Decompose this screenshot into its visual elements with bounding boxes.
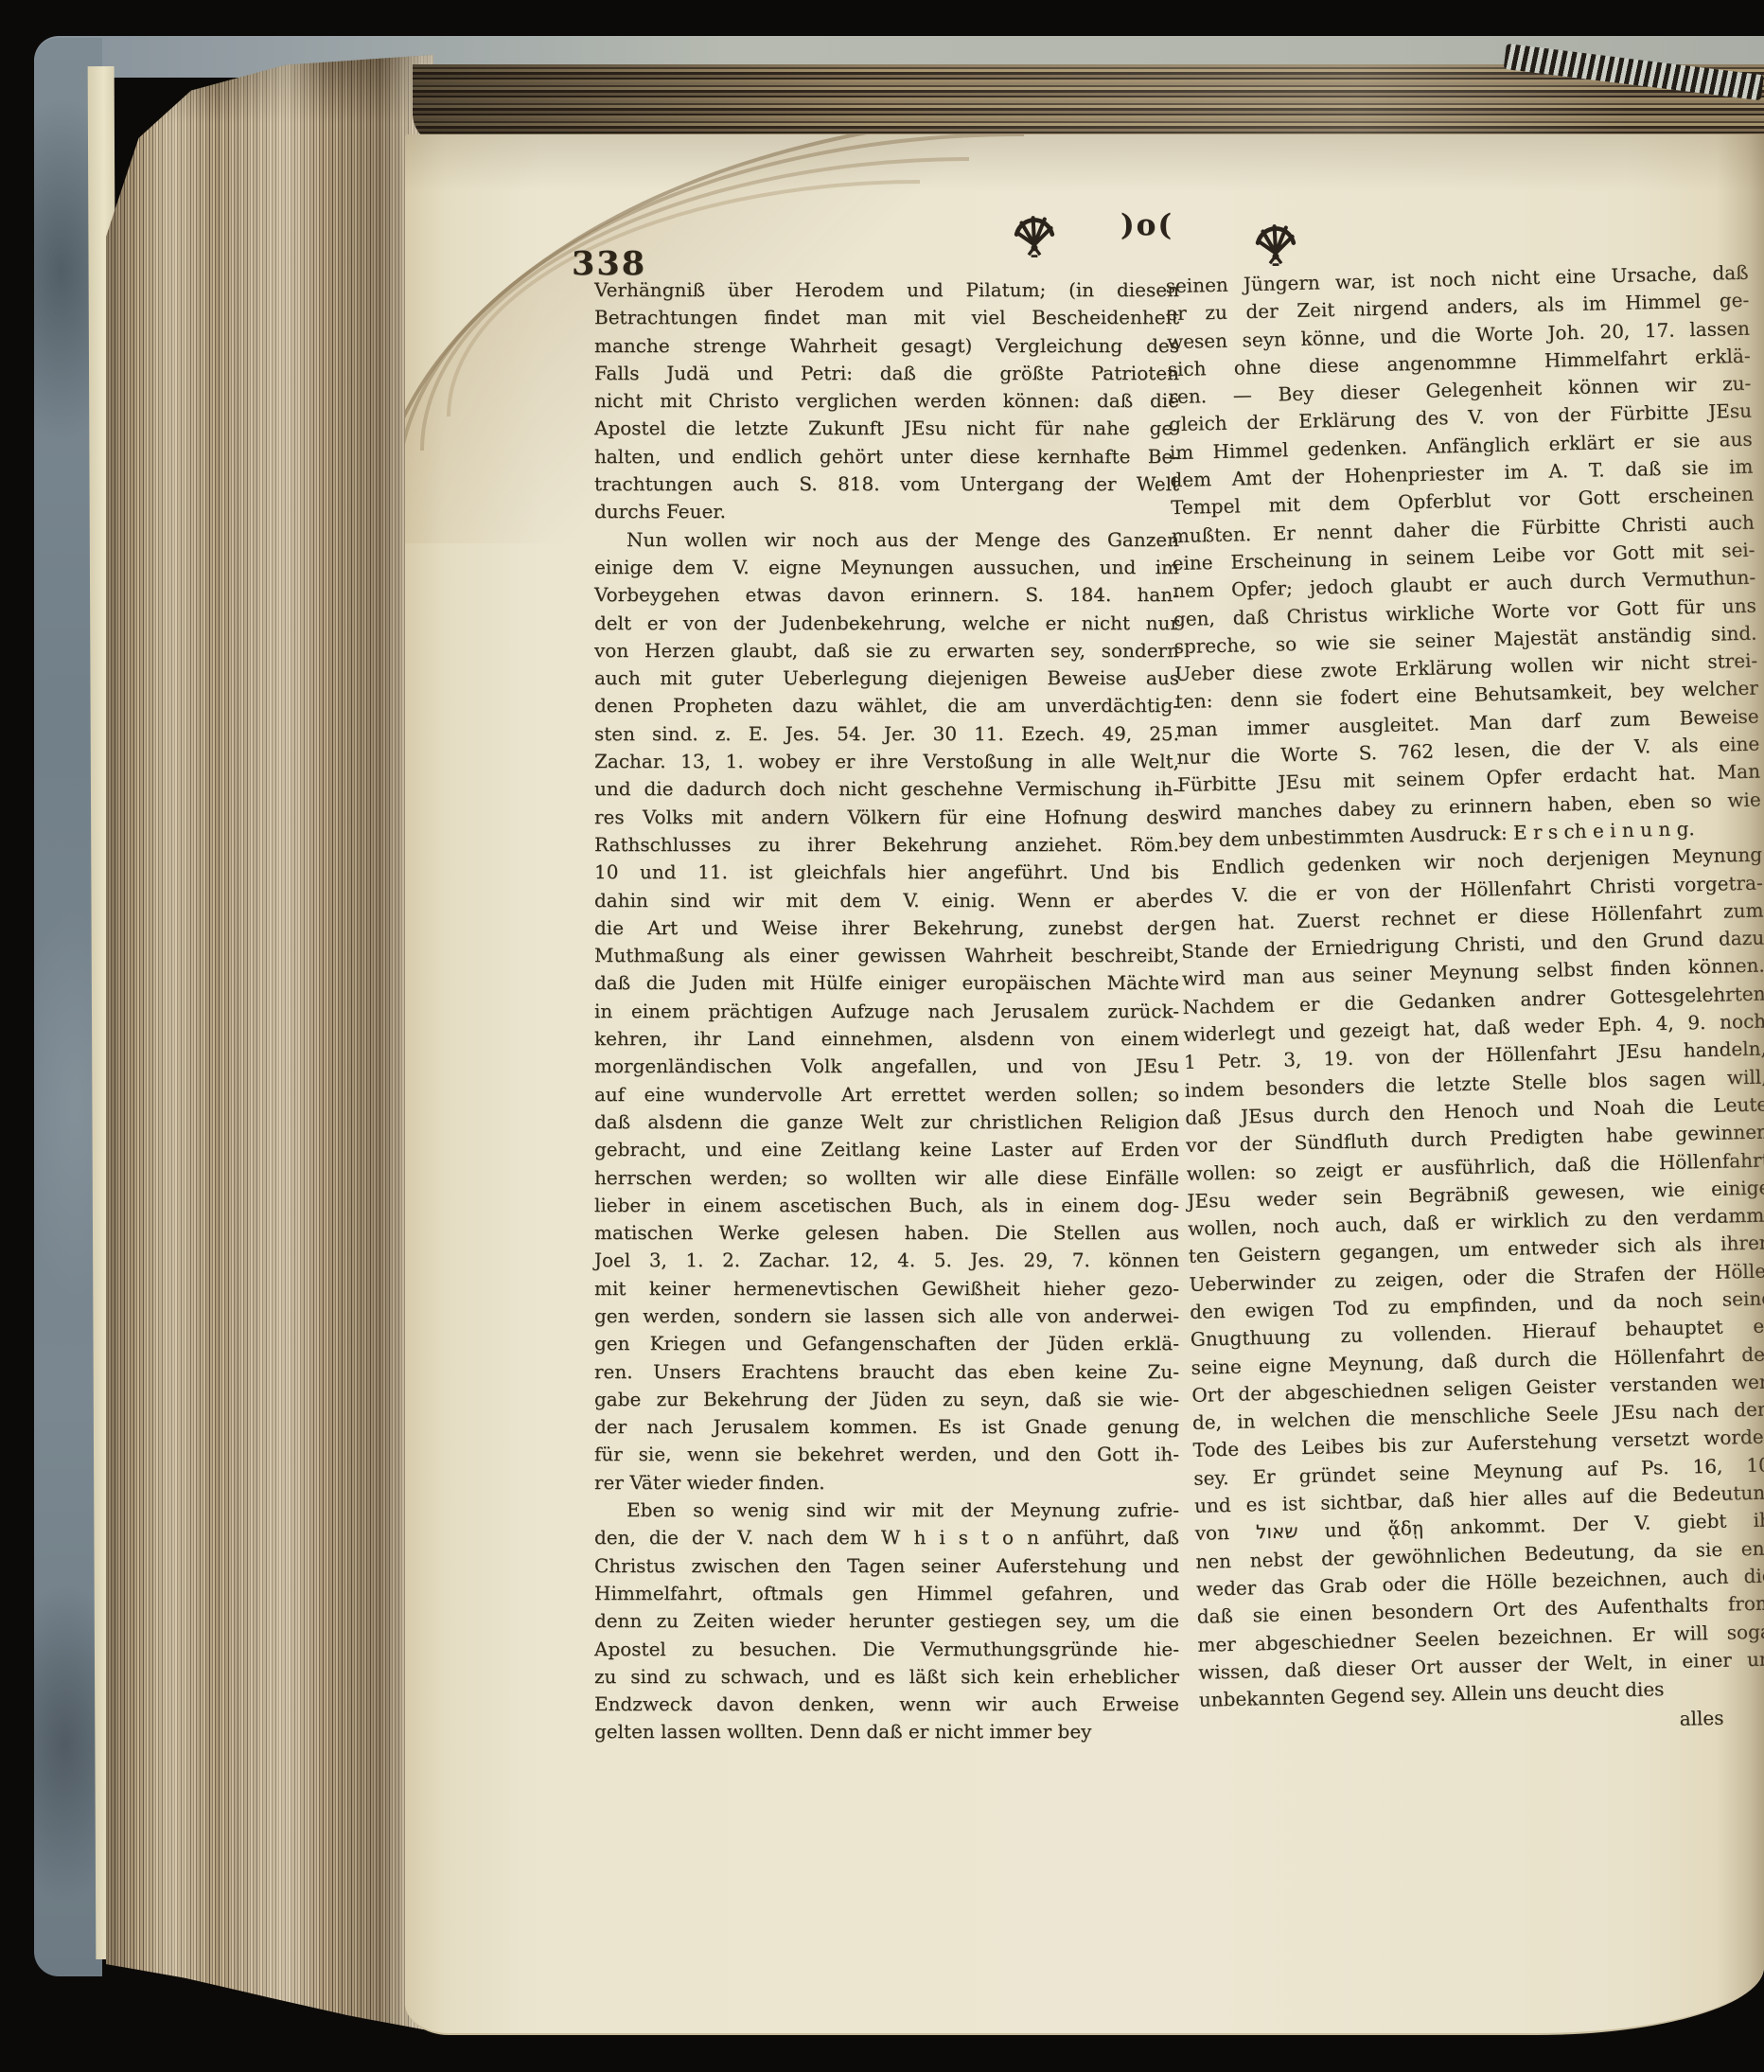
- text-line: morgenländischen Volk angefallen, und vo…: [594, 1053, 1179, 1080]
- text-line: Joel 3, 1. 2. Zachar. 12, 4. 5. Jes. 29,…: [594, 1247, 1179, 1274]
- text-line: in einem prächtigen Aufzuge nach Jerusal…: [594, 998, 1179, 1025]
- text-line: gen Kriegen und Gefangenschaften der Jüd…: [594, 1330, 1179, 1357]
- text-line: gen werden, sondern sie lassen sich alle…: [594, 1302, 1179, 1330]
- text-line: Himmelfahrt, oftmals gen Himmel gefahren…: [594, 1580, 1179, 1607]
- text-line: Falls Judä und Petri: daß die größte Pat…: [594, 360, 1179, 387]
- text-line: Zachar. 13, 1. wobey er ihre Verstoßung …: [594, 748, 1179, 775]
- paragraph: Nun wollen wir noch aus der Menge des Ga…: [594, 526, 1179, 1496]
- text-line: Betrachtungen findet man mit viel Besche…: [594, 304, 1179, 331]
- text-line: sten sind. z. E. Jes. 54. Jer. 30 11. Ez…: [594, 720, 1179, 748]
- text-line: Apostel die letzte Zukunft JEsu nicht fü…: [594, 415, 1179, 442]
- text-line: zu sind zu schwach, und es läßt sich kei…: [594, 1663, 1179, 1691]
- text-line: gabe zur Bekehrung der Jüden zu seyn, da…: [594, 1386, 1179, 1413]
- text-line: denen Propheten dazu wählet, die am unve…: [594, 692, 1179, 719]
- book-page: 338 )o( Verhängniß über Herodem und Pila…: [405, 134, 1764, 2035]
- text-line: herrschen werden; so wollten wir alle di…: [594, 1164, 1179, 1192]
- text-line: auf eine wundervolle Art errettet werden…: [594, 1081, 1179, 1108]
- text-column-left: Verhängniß über Herodem und Pilatum; (in…: [594, 276, 1179, 1746]
- text-line: trachtungen auch S. 818. vom Untergang d…: [594, 470, 1179, 498]
- text-line: Vorbeygehen etwas davon erinnern. S. 184…: [594, 581, 1179, 609]
- text-line: delt er von der Judenbekehrung, welche e…: [594, 610, 1179, 637]
- text-line: 10 und 11. ist gleichfals hier angeführt…: [594, 859, 1179, 886]
- text-line: und die dadurch doch nicht geschehne Ver…: [594, 775, 1179, 803]
- text-line: durchs Feuer.: [594, 498, 1179, 525]
- text-line: Verhängniß über Herodem und Pilatum; (in…: [594, 276, 1179, 304]
- text-column-right: seinen Jüngern war, ist noch nicht eine …: [1165, 259, 1764, 1745]
- paragraph: seinen Jüngern war, ist noch nicht eine …: [1165, 259, 1761, 856]
- text-line: manche strenge Wahrheit gesagt) Vergleic…: [594, 332, 1179, 360]
- text-line: einige dem V. eigne Meynungen aussuchen,…: [594, 554, 1179, 581]
- text-line: denn zu Zeiten wieder herunter gestiegen…: [594, 1607, 1179, 1635]
- paragraph: Eben so wenig sind wir mit der Meynung z…: [594, 1496, 1179, 1746]
- text-line: nicht mit Christo verglichen werden könn…: [594, 387, 1179, 415]
- text-line: lieber in einem ascetischen Buch, als in…: [594, 1192, 1179, 1219]
- text-line: daß die Juden mit Hülfe einiger europäis…: [594, 969, 1179, 997]
- text-line: dahin sind wir mit dem V. einig. Wenn er…: [594, 887, 1179, 914]
- text-line: ren. Unsers Erachtens braucht das eben k…: [594, 1358, 1179, 1386]
- text-line: von Herzen glaubt, daß sie zu erwarten s…: [594, 637, 1179, 664]
- text-line: kehren, ihr Land einnehmen, alsdenn von …: [594, 1025, 1179, 1053]
- text-line: res Volks mit andern Völkern für eine Ho…: [594, 804, 1179, 831]
- paragraph: Endlich gedenken wir noch derjenigen Mey…: [1179, 841, 1764, 1714]
- section-separator-mark: )o(: [1120, 208, 1173, 242]
- text-line: die Art und Weise ihrer Bekehrung, zuneb…: [594, 914, 1179, 942]
- text-line: Nun wollen wir noch aus der Menge des Ga…: [594, 526, 1179, 554]
- text-line: für sie, wenn sie bekehret werden, und d…: [594, 1441, 1179, 1468]
- fore-edge-page-stack: [106, 55, 433, 2031]
- text-line: mit keiner hermenevtischen Gewißheit hie…: [594, 1275, 1179, 1302]
- text-line: Eben so wenig sind wir mit der Meynung z…: [594, 1496, 1179, 1524]
- text-line: daß alsdenn die ganze Welt zur christlic…: [594, 1108, 1179, 1136]
- text-line: halten, und endlich gehört unter diese k…: [594, 443, 1179, 470]
- book-scan-photo: 338 )o( Verhängniß über Herodem und Pila…: [0, 0, 1764, 2072]
- text-line: Apostel zu besuchen. Die Vermuthungsgrün…: [594, 1636, 1179, 1663]
- text-line: der nach Jerusalem kommen. Es ist Gnade …: [594, 1413, 1179, 1441]
- palmette-fan-ornament-icon: [1250, 222, 1301, 266]
- text-line: matischen Werke gelesen haben. Die Stell…: [594, 1219, 1179, 1247]
- text-line: Muthmaßung als einer gewissen Wahrheit b…: [594, 942, 1179, 969]
- paragraph: Verhängniß über Herodem und Pilatum; (in…: [594, 276, 1179, 526]
- text-line: gelten lassen wollten. Denn daß er nicht…: [594, 1718, 1179, 1745]
- text-line: rer Väter wieder finden.: [594, 1469, 1179, 1496]
- text-line: auch mit guter Ueberlegung diejenigen Be…: [594, 664, 1179, 692]
- palmette-fan-ornament-icon: [1009, 214, 1060, 257]
- text-line: gebracht, und eine Zeitlang keine Laster…: [594, 1136, 1179, 1163]
- text-line: Christus zwischen den Tagen seiner Aufer…: [594, 1552, 1179, 1580]
- text-line: Rathschlusses zu ihrer Bekehrung anziehe…: [594, 831, 1179, 859]
- text-line: Endzweck davon denken, wenn wir auch Erw…: [594, 1691, 1179, 1718]
- text-line: den, die der V. nach dem W h i s t o n a…: [594, 1524, 1179, 1551]
